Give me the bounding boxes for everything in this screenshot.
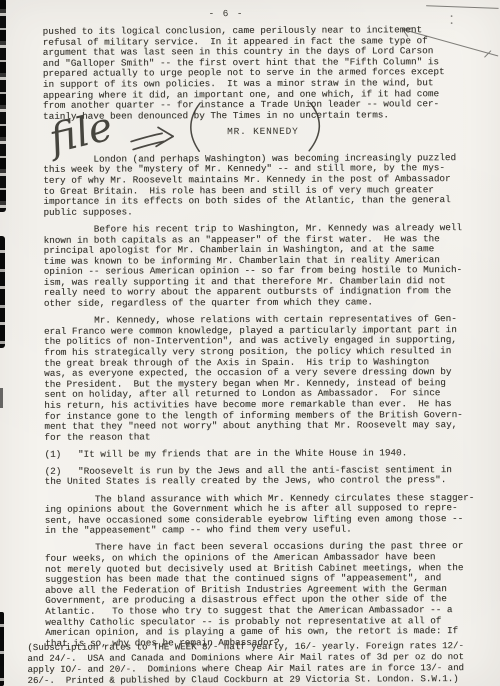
- pencil-dot: [451, 22, 453, 24]
- quoted-statement-1: (1) "It will be my friends that are in t…: [44, 448, 474, 460]
- paragraph: Mr. Kennedy, whose relations with certai…: [44, 314, 475, 443]
- pencil-dot: [451, 15, 453, 17]
- paragraph: The bland assurance with which Mr. Kenne…: [45, 493, 475, 537]
- body-text: pushed to its logical conclusion, came p…: [43, 25, 476, 656]
- paragraph: London (and perhaps Washington) was beco…: [43, 153, 473, 218]
- quoted-statement-2: (2) "Roosevelt is run by the Jews and al…: [45, 465, 475, 488]
- paragraph: Before his recent trip to Washington, Mr…: [43, 223, 473, 310]
- page-number: - 6 -: [209, 8, 244, 19]
- subscription-footer: (Subscription rates to THE WEEK 8/- half…: [27, 640, 464, 686]
- annotation-space: [43, 127, 473, 155]
- paragraph-continuation: pushed to its logical conclusion, came p…: [43, 25, 473, 122]
- pencil-top-line: [427, 5, 499, 8]
- scanned-newsletter-page: - 6 - pushed to its logical conclusion, …: [0, 0, 500, 686]
- paragraph: There have in fact been several occasion…: [45, 541, 475, 649]
